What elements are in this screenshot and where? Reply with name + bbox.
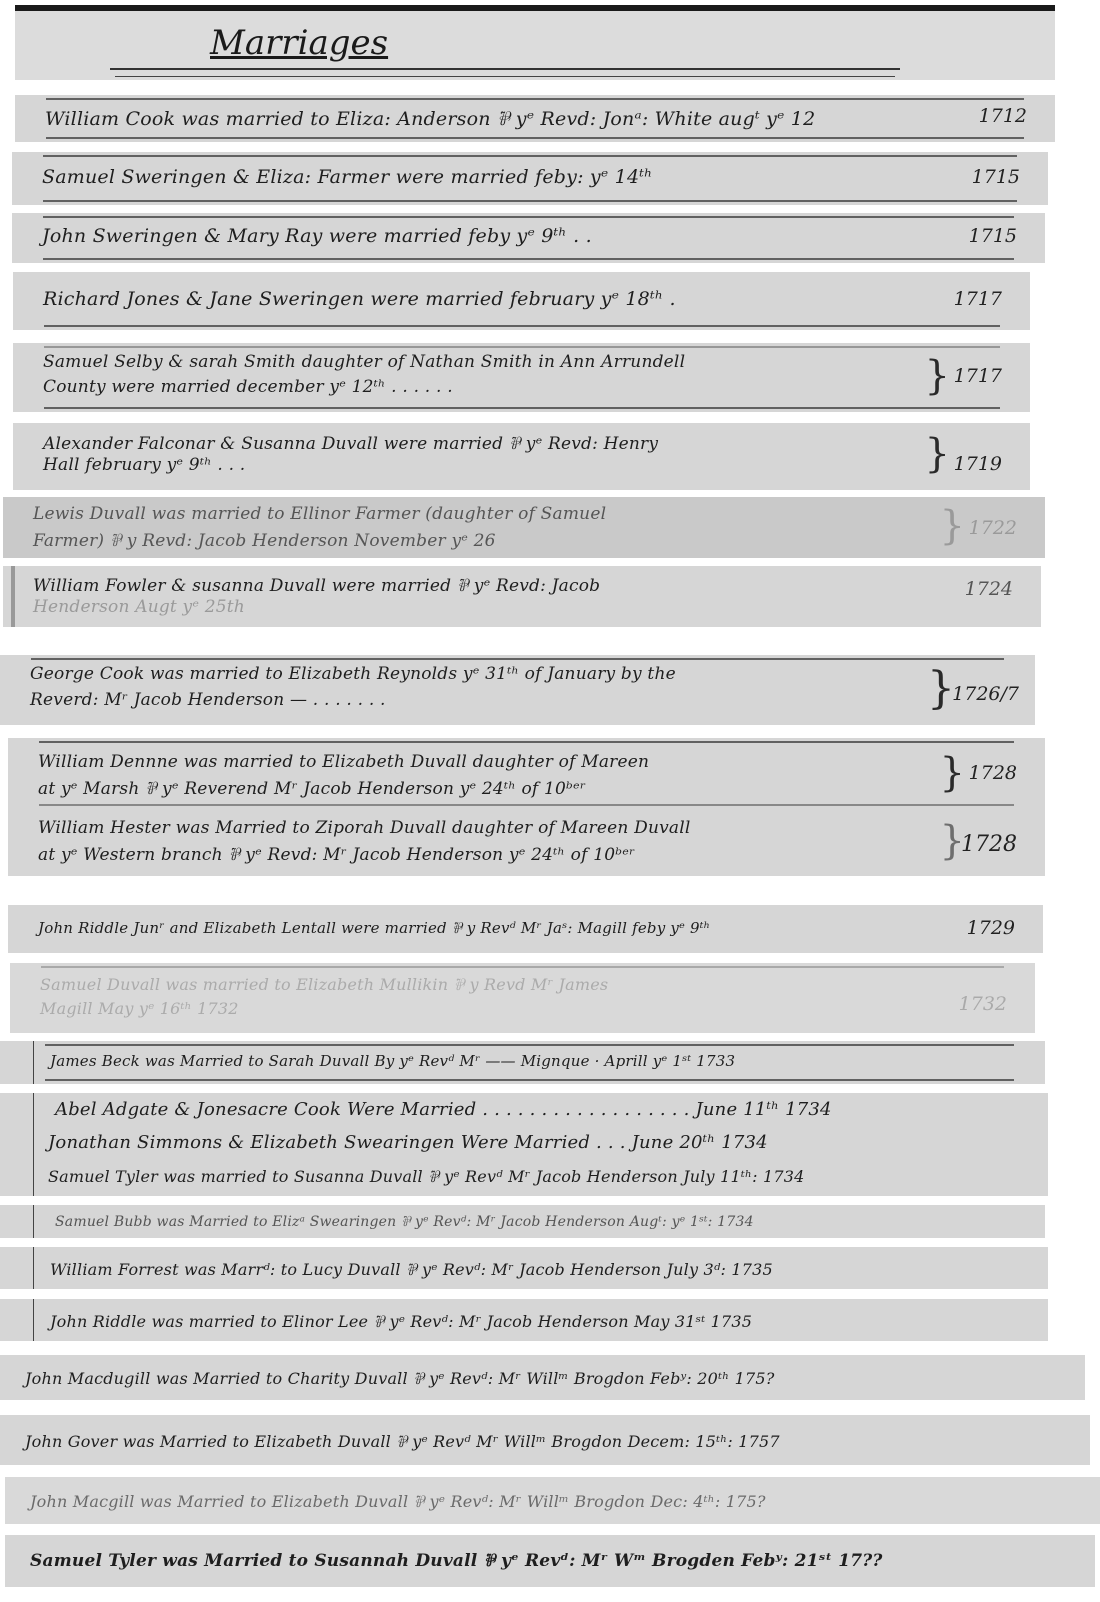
entry-year: 1715 <box>972 166 1020 188</box>
entry-strip: Samuel Selby & sarah Smith daughter of N… <box>13 343 1030 412</box>
margin-line <box>33 1299 34 1341</box>
ruled-line <box>44 325 1000 327</box>
brace: } <box>925 431 950 477</box>
ruled-line <box>43 200 1017 202</box>
entry-strip: John Riddle was married to Elinor Lee ⅌ … <box>0 1299 1048 1341</box>
entry-strip: John Riddle Junʳ and Elizabeth Lentall w… <box>8 905 1043 953</box>
entry-year: 1732 <box>959 993 1007 1015</box>
entry-line: Abel Adgate & Jonesacre Cook Were Marrie… <box>55 1099 1028 1120</box>
entry-line: John Sweringen & Mary Ray were married f… <box>42 225 945 247</box>
entry-line: Samuel Sweringen & Eliza: Farmer were ma… <box>42 166 948 188</box>
brace: } <box>940 503 965 549</box>
entry-strip: Samuel Sweringen & Eliza: Farmer were ma… <box>12 152 1048 205</box>
ruled-line <box>46 98 1024 100</box>
title-rule <box>115 76 895 77</box>
entry-line: Jonathan Simmons & Elizabeth Swearingen … <box>48 1132 1028 1153</box>
entry-line: John Riddle was married to Elinor Lee ⅌ … <box>50 1310 1028 1332</box>
entry-line: John Gover was Married to Elizabeth Duva… <box>25 1430 1080 1452</box>
ruled-line <box>41 966 1005 968</box>
ruled-line <box>39 804 1014 806</box>
ruled-line <box>31 658 1004 660</box>
page-edge <box>15 5 1055 11</box>
entry-year: 1717 <box>954 365 1002 387</box>
entry-strip: Samuel Duvall was married to Elizabeth M… <box>10 963 1035 1033</box>
entry-year: 1724 <box>965 578 1013 600</box>
entry-year: 1715 <box>969 225 1017 247</box>
entry-strip: John Gover was Married to Elizabeth Duva… <box>0 1415 1090 1465</box>
entry-line: Samuel Selby & sarah Smith daughter of N… <box>43 352 930 372</box>
ruled-line <box>43 216 1014 218</box>
entry-strip: Lewis Duvall was married to Ellinor Farm… <box>3 497 1045 558</box>
entry-year: 1728 <box>969 762 1017 784</box>
entry-strip: Richard Jones & Jane Sweringen were marr… <box>13 272 1030 330</box>
entry-line: Samuel Tyler was married to Susanna Duva… <box>48 1165 1028 1187</box>
ruled-line <box>39 741 1014 743</box>
entry-strip: George Cook was married to Elizabeth Rey… <box>0 655 1035 725</box>
margin-line <box>33 1205 34 1238</box>
entry-year: 1712 <box>979 105 1027 127</box>
margin-line <box>11 566 15 627</box>
entry-line: William Cook was married to Eliza: Ander… <box>45 105 955 131</box>
entry-line: Richard Jones & Jane Sweringen were marr… <box>43 288 930 310</box>
entry-year: 1729 <box>967 917 1015 939</box>
entry-strip: John Macdugill was Married to Charity Du… <box>0 1355 1085 1400</box>
entry-line: William Dennne was married to Elizabeth … <box>38 752 945 772</box>
entry-line: George Cook was married to Elizabeth Rey… <box>30 664 935 684</box>
entry-line: Hall february yᵉ 9ᵗʰ . . . <box>43 455 930 475</box>
entry-line: Reverd: Mʳ Jacob Henderson — . . . . . .… <box>30 690 935 710</box>
ruled-line <box>46 137 1024 139</box>
entry-year: 1719 <box>954 453 1002 475</box>
entry-strip: William Dennne was married to Elizabeth … <box>8 738 1045 876</box>
ruled-line <box>43 155 1017 157</box>
entry-strip: William Fowler & susanna Duvall were mar… <box>3 566 1041 627</box>
entry-year: 1717 <box>954 288 1002 310</box>
entry-strip: Samuel Bubb was Married to Elizᵃ Swearin… <box>0 1205 1045 1238</box>
entry-strip: John Sweringen & Mary Ray were married f… <box>12 213 1045 263</box>
entry-strip: William Cook was married to Eliza: Ander… <box>15 95 1055 142</box>
entry-year: 1726/7 <box>952 683 1019 705</box>
entry-line: County were married december yᵉ 12ᵗʰ . .… <box>43 377 930 397</box>
margin-line <box>33 1093 34 1196</box>
entry-year: 1722 <box>969 517 1017 539</box>
entry-line: Farmer) ⅌ y Revd: Jacob Henderson Novemb… <box>33 528 945 551</box>
entry-strip: James Beck was Married to Sarah Duvall B… <box>0 1041 1045 1084</box>
header-strip: Marriages <box>15 5 1055 80</box>
brace: } <box>927 663 955 714</box>
entry-line: at yᵉ Marsh ⅌ yᵉ Reverend Mʳ Jacob Hende… <box>38 776 945 799</box>
entry-line: Henderson Augt yᵉ 25th <box>33 597 941 617</box>
entry-year: 1728 <box>961 832 1017 857</box>
brace: } <box>940 750 965 796</box>
entry-line: Samuel Bubb was Married to Elizᵃ Swearin… <box>55 1212 1025 1231</box>
entry-line: Lewis Duvall was married to Ellinor Farm… <box>33 504 945 524</box>
ruled-line <box>44 346 1000 348</box>
entry-line: William Hester was Married to Ziporah Du… <box>38 818 945 838</box>
entry-line: James Beck was Married to Sarah Duvall B… <box>50 1052 1025 1070</box>
entry-strip: Samuel Tyler was Married to Susannah Duv… <box>5 1535 1095 1587</box>
ruled-line <box>45 1079 1014 1081</box>
entry-line: John Macgill was Married to Elizabeth Du… <box>30 1490 1090 1512</box>
entry-strip: Abel Adgate & Jonesacre Cook Were Marrie… <box>0 1093 1048 1196</box>
entry-line: Magill May yᵉ 16ᵗʰ 1732 <box>40 999 935 1018</box>
entry-line: Samuel Tyler was Married to Susannah Duv… <box>30 1548 1085 1571</box>
entry-line: Samuel Duvall was married to Elizabeth M… <box>40 973 935 995</box>
entry-line: at yᵉ Western branch ⅌ yᵉ Revd: Mʳ Jacob… <box>38 842 945 865</box>
entry-line: William Forrest was Marrᵈ: to Lucy Duval… <box>50 1258 1028 1280</box>
ruled-line <box>43 258 1014 260</box>
entry-strip: Alexander Falconar & Susanna Duvall were… <box>13 423 1030 490</box>
title-rule <box>110 68 900 70</box>
ruled-line <box>45 1044 1014 1046</box>
margin-line <box>33 1247 34 1289</box>
margin-line <box>33 1041 34 1084</box>
brace: } <box>925 353 950 399</box>
entry-line: John Riddle Junʳ and Elizabeth Lentall w… <box>38 918 943 938</box>
entry-strip: William Forrest was Marrᵈ: to Lucy Duval… <box>0 1247 1048 1289</box>
page-title: Marriages <box>210 23 388 63</box>
entry-line: Alexander Falconar & Susanna Duvall were… <box>43 431 930 454</box>
entry-line: John Macdugill was Married to Charity Du… <box>25 1367 1075 1389</box>
entry-strip: John Macgill was Married to Elizabeth Du… <box>5 1477 1100 1524</box>
ruled-line <box>44 407 1000 409</box>
entry-line: William Fowler & susanna Duvall were mar… <box>33 573 941 596</box>
